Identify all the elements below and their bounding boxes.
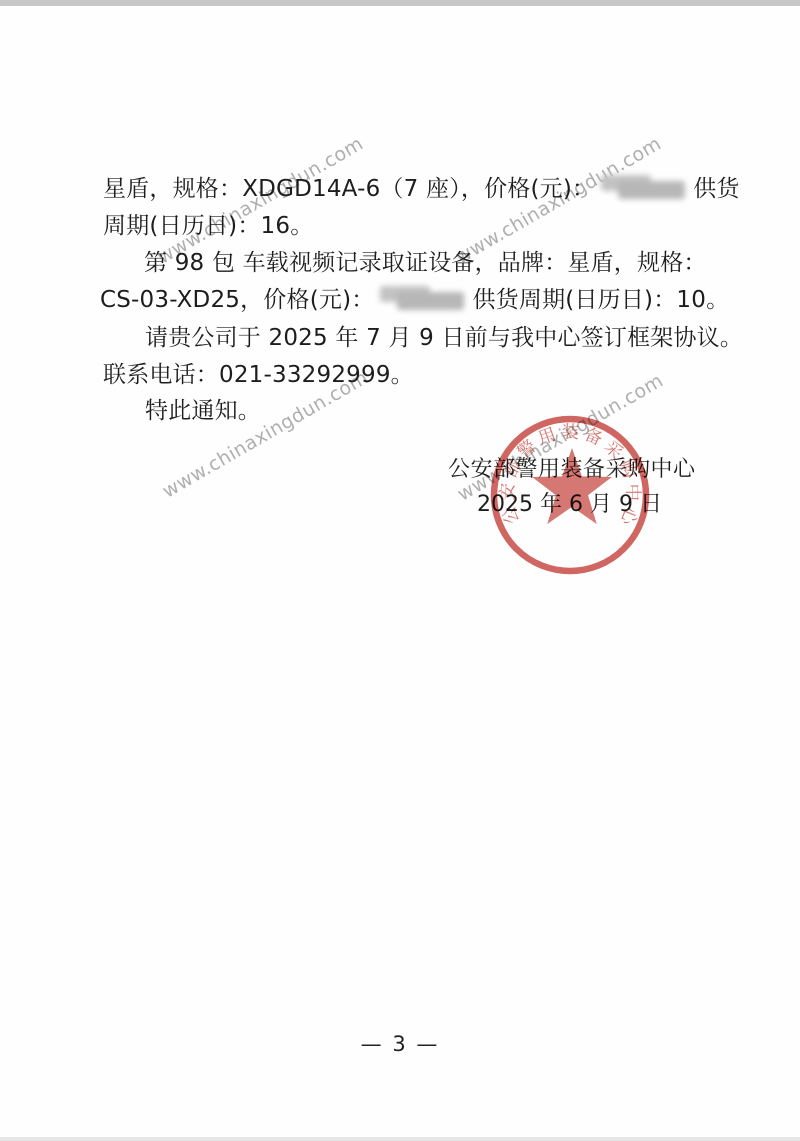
body-line: 联系电话：021-33292999。 [103, 360, 414, 391]
signature-date: 2025 年 6 月 9 日 [477, 487, 662, 518]
page-number: — 3 — [0, 1032, 800, 1056]
scan-edge-top [0, 0, 800, 6]
body-line: 第 98 包 车载视频记录取证设备，品牌：星盾，规格： [144, 248, 707, 279]
document-page: www.chinaxingdun.com www.chinaxingdun.co… [0, 0, 800, 1141]
body-line-text: 星盾，规格：XDGD14A-6（7 座），价格(元)： [103, 176, 595, 202]
body-line-text: 供货 [693, 176, 739, 202]
body-line: 周期(日历日)：16。 [103, 211, 313, 242]
signature-org: 公安部警用装备采购中心 [448, 452, 696, 483]
body-line-text: 供货周期(日历日)：10。 [472, 287, 729, 313]
body-line: 请贵公司于 2025 年 7 月 9 日前与我中心签订框架协议。 [145, 323, 743, 354]
body-line-text: CS-03-XD25，价格(元)： [100, 287, 374, 313]
body-line: 星盾，规格：XDGD14A-6（7 座），价格(元)：供货 [103, 174, 740, 205]
body-line: CS-03-XD25，价格(元)：供货周期(日历日)：10。 [100, 285, 729, 316]
redacted-price-block [599, 174, 685, 200]
redacted-price-block [378, 285, 464, 311]
scan-edge-bottom [0, 1137, 800, 1141]
body-line: 特此通知。 [145, 396, 261, 427]
